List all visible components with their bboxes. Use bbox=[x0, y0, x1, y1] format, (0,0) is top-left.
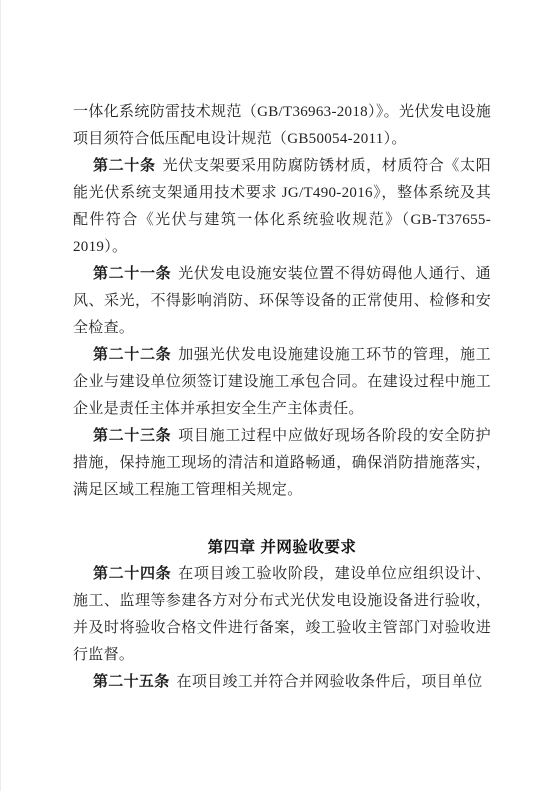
article-23-term: 第二十三条 bbox=[93, 428, 171, 444]
chapter-4-heading: 第四章 并网验收要求 bbox=[73, 534, 491, 561]
article-20-term: 第二十条 bbox=[93, 158, 156, 174]
article-23-paragraph: 第二十三条项目施工过程中应做好现场各阶段的安全防护措施，保持施工现场的清洁和道路… bbox=[73, 423, 491, 504]
document-page: 一体化系统防雷技术规范（GB/T36963-2018）》。光伏发电设施项目须符合… bbox=[0, 0, 560, 791]
article-22-term: 第二十二条 bbox=[93, 347, 171, 363]
article-25-term: 第二十五条 bbox=[93, 674, 170, 690]
article-21-term: 第二十一条 bbox=[93, 266, 171, 282]
article-25-paragraph: 第二十五条在项目竣工并符合并网验收条件后，项目单位 bbox=[73, 669, 491, 696]
article-24-paragraph: 第二十四条在项目竣工验收阶段，建设单位应组织设计、施工、监理等参建各方对分布式光… bbox=[73, 561, 491, 669]
article-20-paragraph: 第二十条光伏支架要采用防腐防锈材质，材质符合《太阳能光伏系统支架通用技术要求 J… bbox=[73, 153, 491, 261]
paragraph-continued-text: 一体化系统防雷技术规范（GB/T36963-2018）》。光伏发电设施项目须符合… bbox=[73, 104, 491, 147]
article-22-paragraph: 第二十二条加强光伏发电设施建设施工环节的管理，施工企业与建设单位须签订建设施工承… bbox=[73, 342, 491, 423]
article-21-paragraph: 第二十一条光伏发电设施安装位置不得妨碍他人通行、通风、采光，不得影响消防、环保等… bbox=[73, 261, 491, 342]
document-content: 一体化系统防雷技术规范（GB/T36963-2018）》。光伏发电设施项目须符合… bbox=[73, 99, 491, 696]
article-24-term: 第二十四条 bbox=[93, 566, 171, 582]
paragraph-continued: 一体化系统防雷技术规范（GB/T36963-2018）》。光伏发电设施项目须符合… bbox=[73, 99, 491, 153]
article-25-text: 在项目竣工并符合并网验收条件后，项目单位 bbox=[177, 674, 483, 690]
